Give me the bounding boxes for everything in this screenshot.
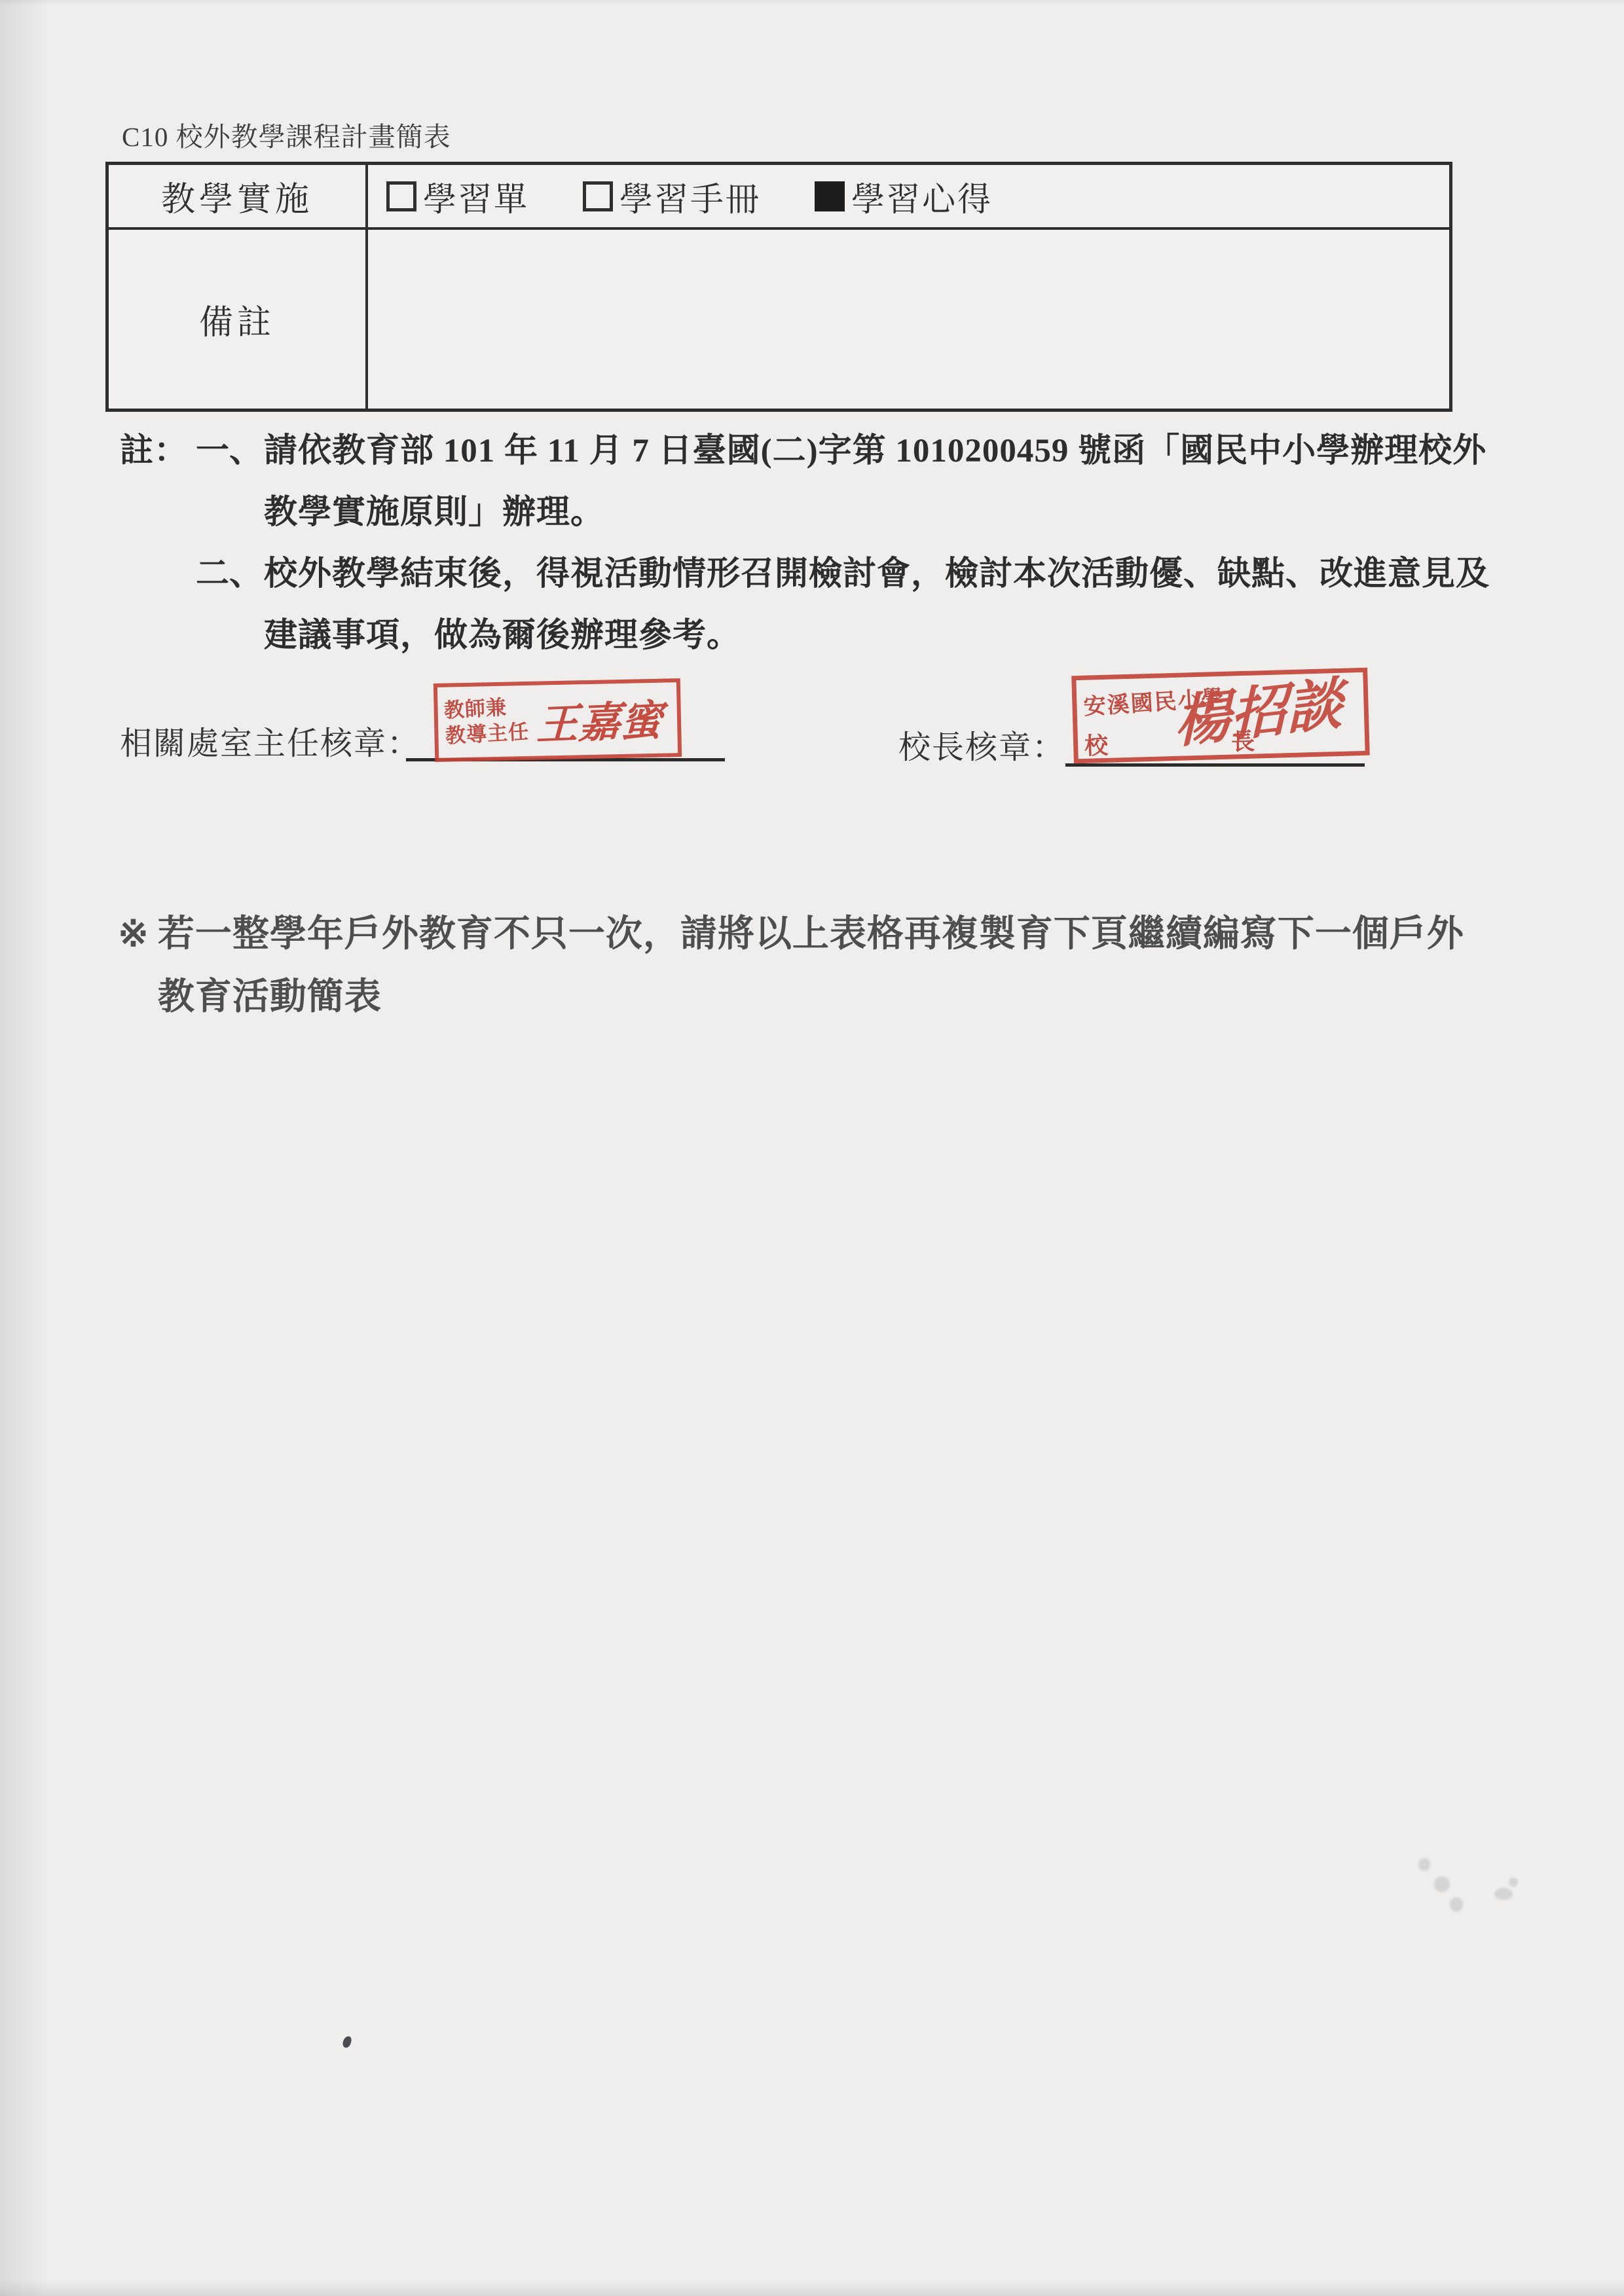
footnote-text: 若一整學年戶外教育不只一次，請將以上表格再複製育下頁繼續編寫下一個戶外教育活動簡… [158, 902, 1475, 1028]
checkbox-icon [583, 181, 613, 211]
checkbox-option-handbook: 學習手冊 [583, 172, 761, 221]
scanned-document-page: C10 校外教學課程計畫簡表 教學實施 學習單 學習手冊 學習心得 備註 註： … [0, 0, 1624, 2296]
scan-smudge [1418, 1858, 1430, 1871]
scan-smudge [1450, 1897, 1463, 1912]
row-header-remarks: 備註 [109, 230, 368, 409]
notes-prefix: 註： [120, 420, 196, 482]
footnote-marker: ※ [118, 902, 149, 965]
row-header-teaching-implementation: 教學實施 [109, 165, 368, 230]
document-title: C10 校外教學課程計畫簡表 [122, 115, 451, 154]
note-text: 請依教育部 101 年 11 月 7 日臺國(二)字第 1010200459 號… [264, 420, 1490, 543]
scan-smudge [1434, 1876, 1450, 1892]
principal-stamp-name: 楊招談 [1174, 657, 1343, 758]
scan-edge-left [0, 0, 47, 2296]
stamp-title-line1: 教師兼 [443, 696, 507, 722]
option-label: 學習手冊 [619, 172, 761, 221]
option-label: 學習單 [423, 172, 529, 221]
option-label: 學習心得 [851, 172, 993, 221]
checkbox-option-worksheet: 學習單 [386, 172, 529, 221]
stamp-title-left: 校 [1084, 727, 1108, 761]
scan-smudge [1494, 1888, 1513, 1900]
principal-approval-label: 校長核章： [898, 722, 1065, 768]
director-stamp: 教師兼 教導主任 王嘉蜜 [434, 678, 682, 762]
checkbox-option-reflection: 學習心得 [815, 172, 993, 221]
note-text: 校外教學結束後，得視活動情形召開檢討會，檢討本次活動優、缺點、改進意見及建議事項… [264, 543, 1490, 666]
principal-stamp: 安溪國民小學 校 長 楊招談 [1071, 668, 1370, 764]
checkbox-icon [386, 181, 416, 211]
footnote: ※ 若一整學年戶外教育不只一次，請將以上表格再複製育下頁繼續編寫下一個戶外教育活… [118, 902, 1475, 1028]
note-number: 二、 [196, 543, 264, 605]
plan-table: 教學實施 學習單 學習手冊 學習心得 備註 [105, 162, 1452, 412]
director-approval-label: 相關處室主任核章： [120, 718, 420, 764]
ink-speck [342, 2035, 352, 2049]
note-item: 一、 請依教育部 101 年 11 月 7 日臺國(二)字第 101020045… [196, 420, 1490, 543]
director-stamp-name: 王嘉蜜 [527, 686, 671, 752]
note-number: 一、 [196, 420, 264, 482]
scan-edge-top [0, 0, 1624, 7]
teaching-implementation-options: 學習單 學習手冊 學習心得 [368, 165, 1449, 230]
director-stamp-title: 教師兼 教導主任 [443, 694, 530, 750]
notes-block: 註： 一、 請依教育部 101 年 11 月 7 日臺國(二)字第 101020… [120, 420, 1490, 666]
notes-items: 一、 請依教育部 101 年 11 月 7 日臺國(二)字第 101020045… [196, 420, 1490, 666]
checkbox-checked-icon [815, 181, 845, 211]
principal-signature-line [1065, 763, 1365, 767]
remarks-content-cell [368, 230, 1449, 409]
scan-edge-bottom [0, 2279, 1624, 2296]
stamp-title-line2: 教導主任 [445, 720, 530, 748]
scan-smudge [1509, 1878, 1518, 1887]
note-item: 二、 校外教學結束後，得視活動情形召開檢討會，檢討本次活動優、缺點、改進意見及建… [196, 543, 1490, 666]
